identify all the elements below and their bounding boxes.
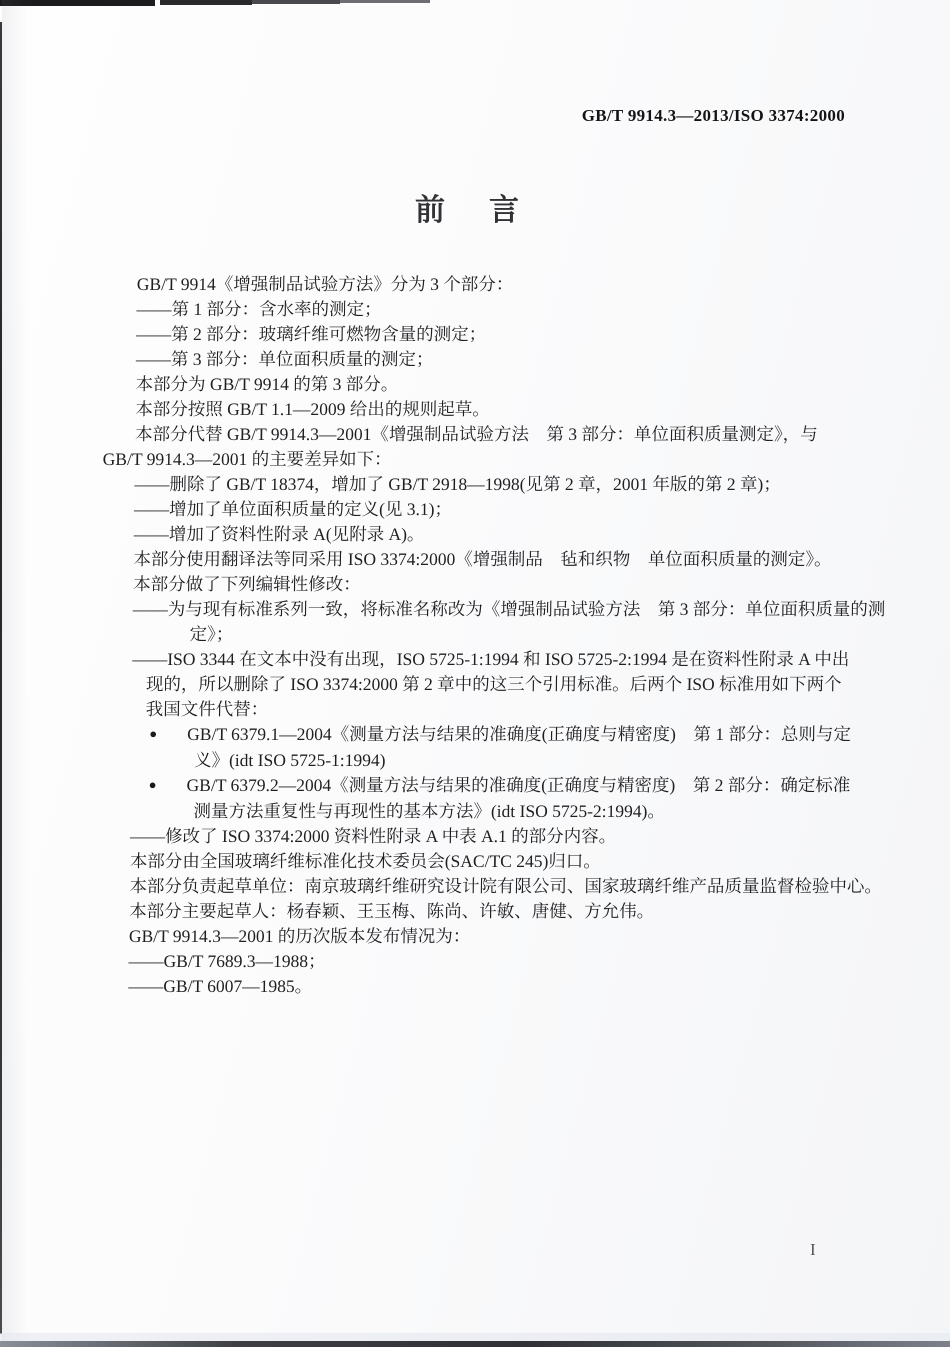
page-number: I	[810, 1240, 816, 1260]
text-line: 义》(idt ISO 5725-1:1994)	[194, 748, 859, 773]
text-line: ●GB/T 6379.2—2004《测量方法与结果的准确度(正确度与精密度) 第…	[149, 773, 859, 799]
scan-artifact-bottom-band	[0, 1333, 950, 1342]
scan-artifact-top-edge	[340, 0, 430, 3]
page-title: 前 言	[97, 185, 837, 229]
text-line: ——为与现有标准系列一致，将标准名称改为《增强制品试验方法 第 3 部分：单位面…	[133, 597, 861, 622]
scan-artifact-top-edge	[0, 0, 155, 6]
text-line: ●GB/T 6379.1—2004《测量方法与结果的准确度(正确度与精密度) 第…	[149, 722, 859, 748]
text-line: 本部分做了下列编辑性修改：	[133, 572, 861, 597]
foreword-body: GB/T 9914《增强制品试验方法》分为 3 个部分：——第 1 部分：含水率…	[96, 272, 865, 999]
text-line: ——GB/T 7689.3—1988；	[128, 949, 856, 974]
text-line: ——第 2 部分：玻璃纤维可燃物含量的测定；	[136, 322, 864, 347]
text-line: ——ISO 3344 在文本中没有出现，ISO 5725-1:1994 和 IS…	[132, 647, 860, 672]
bullet-icon: ●	[149, 772, 157, 797]
text-line: 定》；	[189, 622, 860, 647]
bullet-icon: ●	[149, 721, 157, 746]
text-line: ——第 3 部分：单位面积质量的测定；	[136, 347, 864, 372]
text-line: 本部分使用翻译法等同采用 ISO 3374:2000《增强制品 毡和织物 单位面…	[133, 547, 861, 572]
scan-artifact-bottom-edge	[0, 1341, 950, 1347]
text-line: 本部分为 GB/T 9914 的第 3 部分。	[135, 372, 863, 397]
text-line-content: GB/T 6379.2—2004《测量方法与结果的准确度(正确度与精密度) 第 …	[186, 773, 850, 798]
text-line: ——GB/T 6007—1985。	[128, 974, 856, 999]
text-line: GB/T 9914.3—2001 的历次版本发布情况为：	[129, 924, 857, 949]
text-line: 本部分负责起草单位：南京玻璃纤维研究设计院有限公司、国家玻璃纤维产品质量监督检验…	[129, 874, 857, 899]
text-line: 现的，所以删除了 ISO 3374:2000 第 2 章中的这三个引用标准。后两…	[146, 672, 860, 697]
text-line: GB/T 9914《增强制品试验方法》分为 3 个部分：	[137, 272, 865, 297]
text-line: ——增加了单位面积质量的定义(见 3.1)；	[134, 497, 862, 522]
scan-artifact-left-edge	[0, 22, 2, 1334]
text-line: 我国文件代替：	[146, 697, 860, 722]
text-line: 本部分代替 GB/T 9914.3—2001《增强制品试验方法 第 3 部分：单…	[135, 422, 863, 447]
standard-code-header: GB/T 9914.3—2013/ISO 3374:2000	[445, 106, 845, 126]
text-line-content: GB/T 6379.1—2004《测量方法与结果的准确度(正确度与精密度) 第 …	[187, 722, 851, 747]
text-line: ——第 1 部分：含水率的测定；	[136, 297, 864, 322]
scan-artifact-left-shadow	[2, 0, 28, 1347]
text-line: GB/T 9914.3—2001 的主要差异如下：	[103, 447, 863, 472]
scan-artifact-top-edge	[252, 0, 340, 4]
text-line: ——修改了 ISO 3374:2000 资料性附录 A 中表 A.1 的部分内容…	[130, 824, 858, 849]
page-title-char: 前	[415, 185, 445, 229]
text-line: 本部分由全国玻璃纤维标准化技术委员会(SAC/TC 245)归口。	[130, 849, 858, 874]
text-line: 测量方法重复性与再现性的基本方法》(idt ISO 5725-2:1994)。	[193, 799, 858, 824]
text-line: ——增加了资料性附录 A(见附录 A)。	[134, 522, 862, 547]
scan-artifact-top-edge	[160, 0, 252, 5]
page-title-char: 言	[489, 185, 519, 229]
text-line: ——删除了 GB/T 18374，增加了 GB/T 2918—1998(见第 2…	[134, 472, 862, 497]
scanned-document-page: GB/T 9914.3—2013/ISO 3374:2000 前 言 GB/T …	[0, 0, 950, 1347]
text-line: 本部分按照 GB/T 1.1—2009 给出的规则起草。	[135, 397, 863, 422]
text-line: 本部分主要起草人：杨春颖、王玉梅、陈尚、许敏、唐健、方允伟。	[129, 899, 857, 924]
